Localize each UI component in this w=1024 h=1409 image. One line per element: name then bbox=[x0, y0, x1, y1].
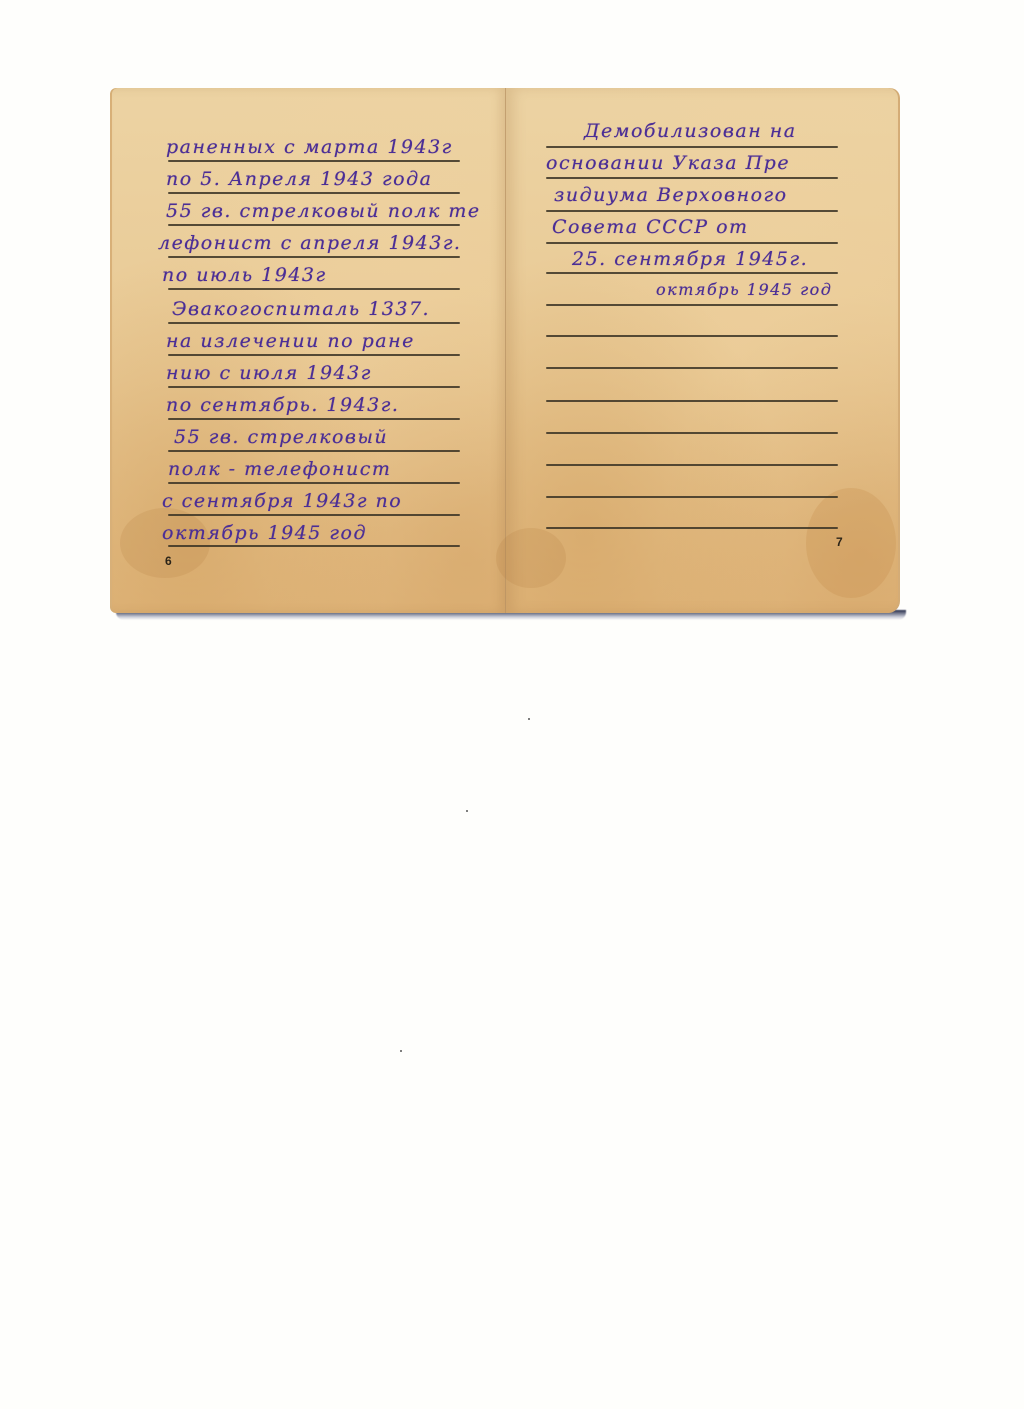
handwritten-line: 55 гв. стрелковый полк те bbox=[166, 202, 481, 221]
handwritten-line: Совета СССР от bbox=[552, 218, 749, 237]
scan-speck bbox=[466, 810, 468, 812]
handwritten-line: 55 гв. стрелковый bbox=[174, 428, 388, 447]
ruled-line bbox=[546, 146, 838, 148]
handwritten-line: 25. сентября 1945г. bbox=[572, 250, 808, 269]
scanned-sheet: раненных с марта 1943г по 5. Апреля 1943… bbox=[0, 0, 1024, 1409]
handwritten-line: на излечении по ране bbox=[166, 332, 415, 351]
ruled-line bbox=[168, 450, 460, 452]
ruled-line bbox=[168, 354, 460, 356]
handwritten-line: раненных с марта 1943г bbox=[166, 138, 453, 157]
paper-stain bbox=[496, 528, 566, 588]
ruled-line bbox=[168, 288, 460, 290]
ruled-line bbox=[546, 177, 838, 179]
ruled-line bbox=[546, 335, 838, 337]
scan-speck bbox=[528, 718, 530, 720]
ruled-line bbox=[546, 496, 838, 498]
paper-stain bbox=[806, 488, 896, 598]
right-page: Демобилизован на основании Указа Пре зид… bbox=[506, 88, 900, 613]
ruled-line bbox=[546, 210, 838, 212]
ruled-line bbox=[168, 322, 460, 324]
ruled-line bbox=[546, 464, 838, 466]
handwritten-line: лефонист с апреля 1943г. bbox=[158, 234, 461, 253]
ruled-line bbox=[546, 304, 838, 306]
handwritten-line: октябрь 1945 год bbox=[656, 282, 832, 298]
left-page: раненных с марта 1943г по 5. Апреля 1943… bbox=[110, 88, 506, 613]
handwritten-line: основании Указа Пре bbox=[546, 154, 790, 173]
scan-speck bbox=[400, 1050, 402, 1052]
ruled-line bbox=[168, 514, 460, 516]
ruled-line bbox=[546, 432, 838, 434]
handwritten-line: по 5. Апреля 1943 года bbox=[166, 170, 432, 189]
ruled-line bbox=[168, 160, 460, 162]
ruled-line bbox=[168, 545, 460, 547]
ruled-line bbox=[168, 418, 460, 420]
handwritten-line: по июль 1943г bbox=[162, 266, 327, 285]
ruled-line bbox=[546, 400, 838, 402]
ruled-line bbox=[546, 272, 838, 274]
handwritten-line: нию с июля 1943г bbox=[166, 364, 372, 383]
handwritten-line: по сентябрь. 1943г. bbox=[166, 396, 399, 415]
ruled-line bbox=[168, 386, 460, 388]
ruled-line bbox=[168, 192, 460, 194]
handwritten-line: октябрь 1945 год bbox=[162, 524, 367, 543]
handwritten-line: полк - телефонист bbox=[168, 460, 391, 479]
page-number: 6 bbox=[165, 554, 172, 568]
handwritten-line: Демобилизован на bbox=[584, 122, 797, 141]
handwritten-line: с сентября 1943г по bbox=[162, 492, 402, 511]
ruled-line bbox=[168, 256, 460, 258]
ruled-line bbox=[546, 527, 838, 529]
ruled-line bbox=[546, 367, 838, 369]
handwritten-line: зидиума Верховного bbox=[554, 186, 788, 205]
open-booklet: раненных с марта 1943г по 5. Апреля 1943… bbox=[110, 88, 910, 613]
ruled-line bbox=[546, 242, 838, 244]
page-number: 7 bbox=[836, 535, 843, 549]
ruled-line bbox=[168, 224, 460, 226]
ruled-line bbox=[168, 482, 460, 484]
handwritten-line: Эвакогоспиталь 1337. bbox=[172, 300, 430, 319]
